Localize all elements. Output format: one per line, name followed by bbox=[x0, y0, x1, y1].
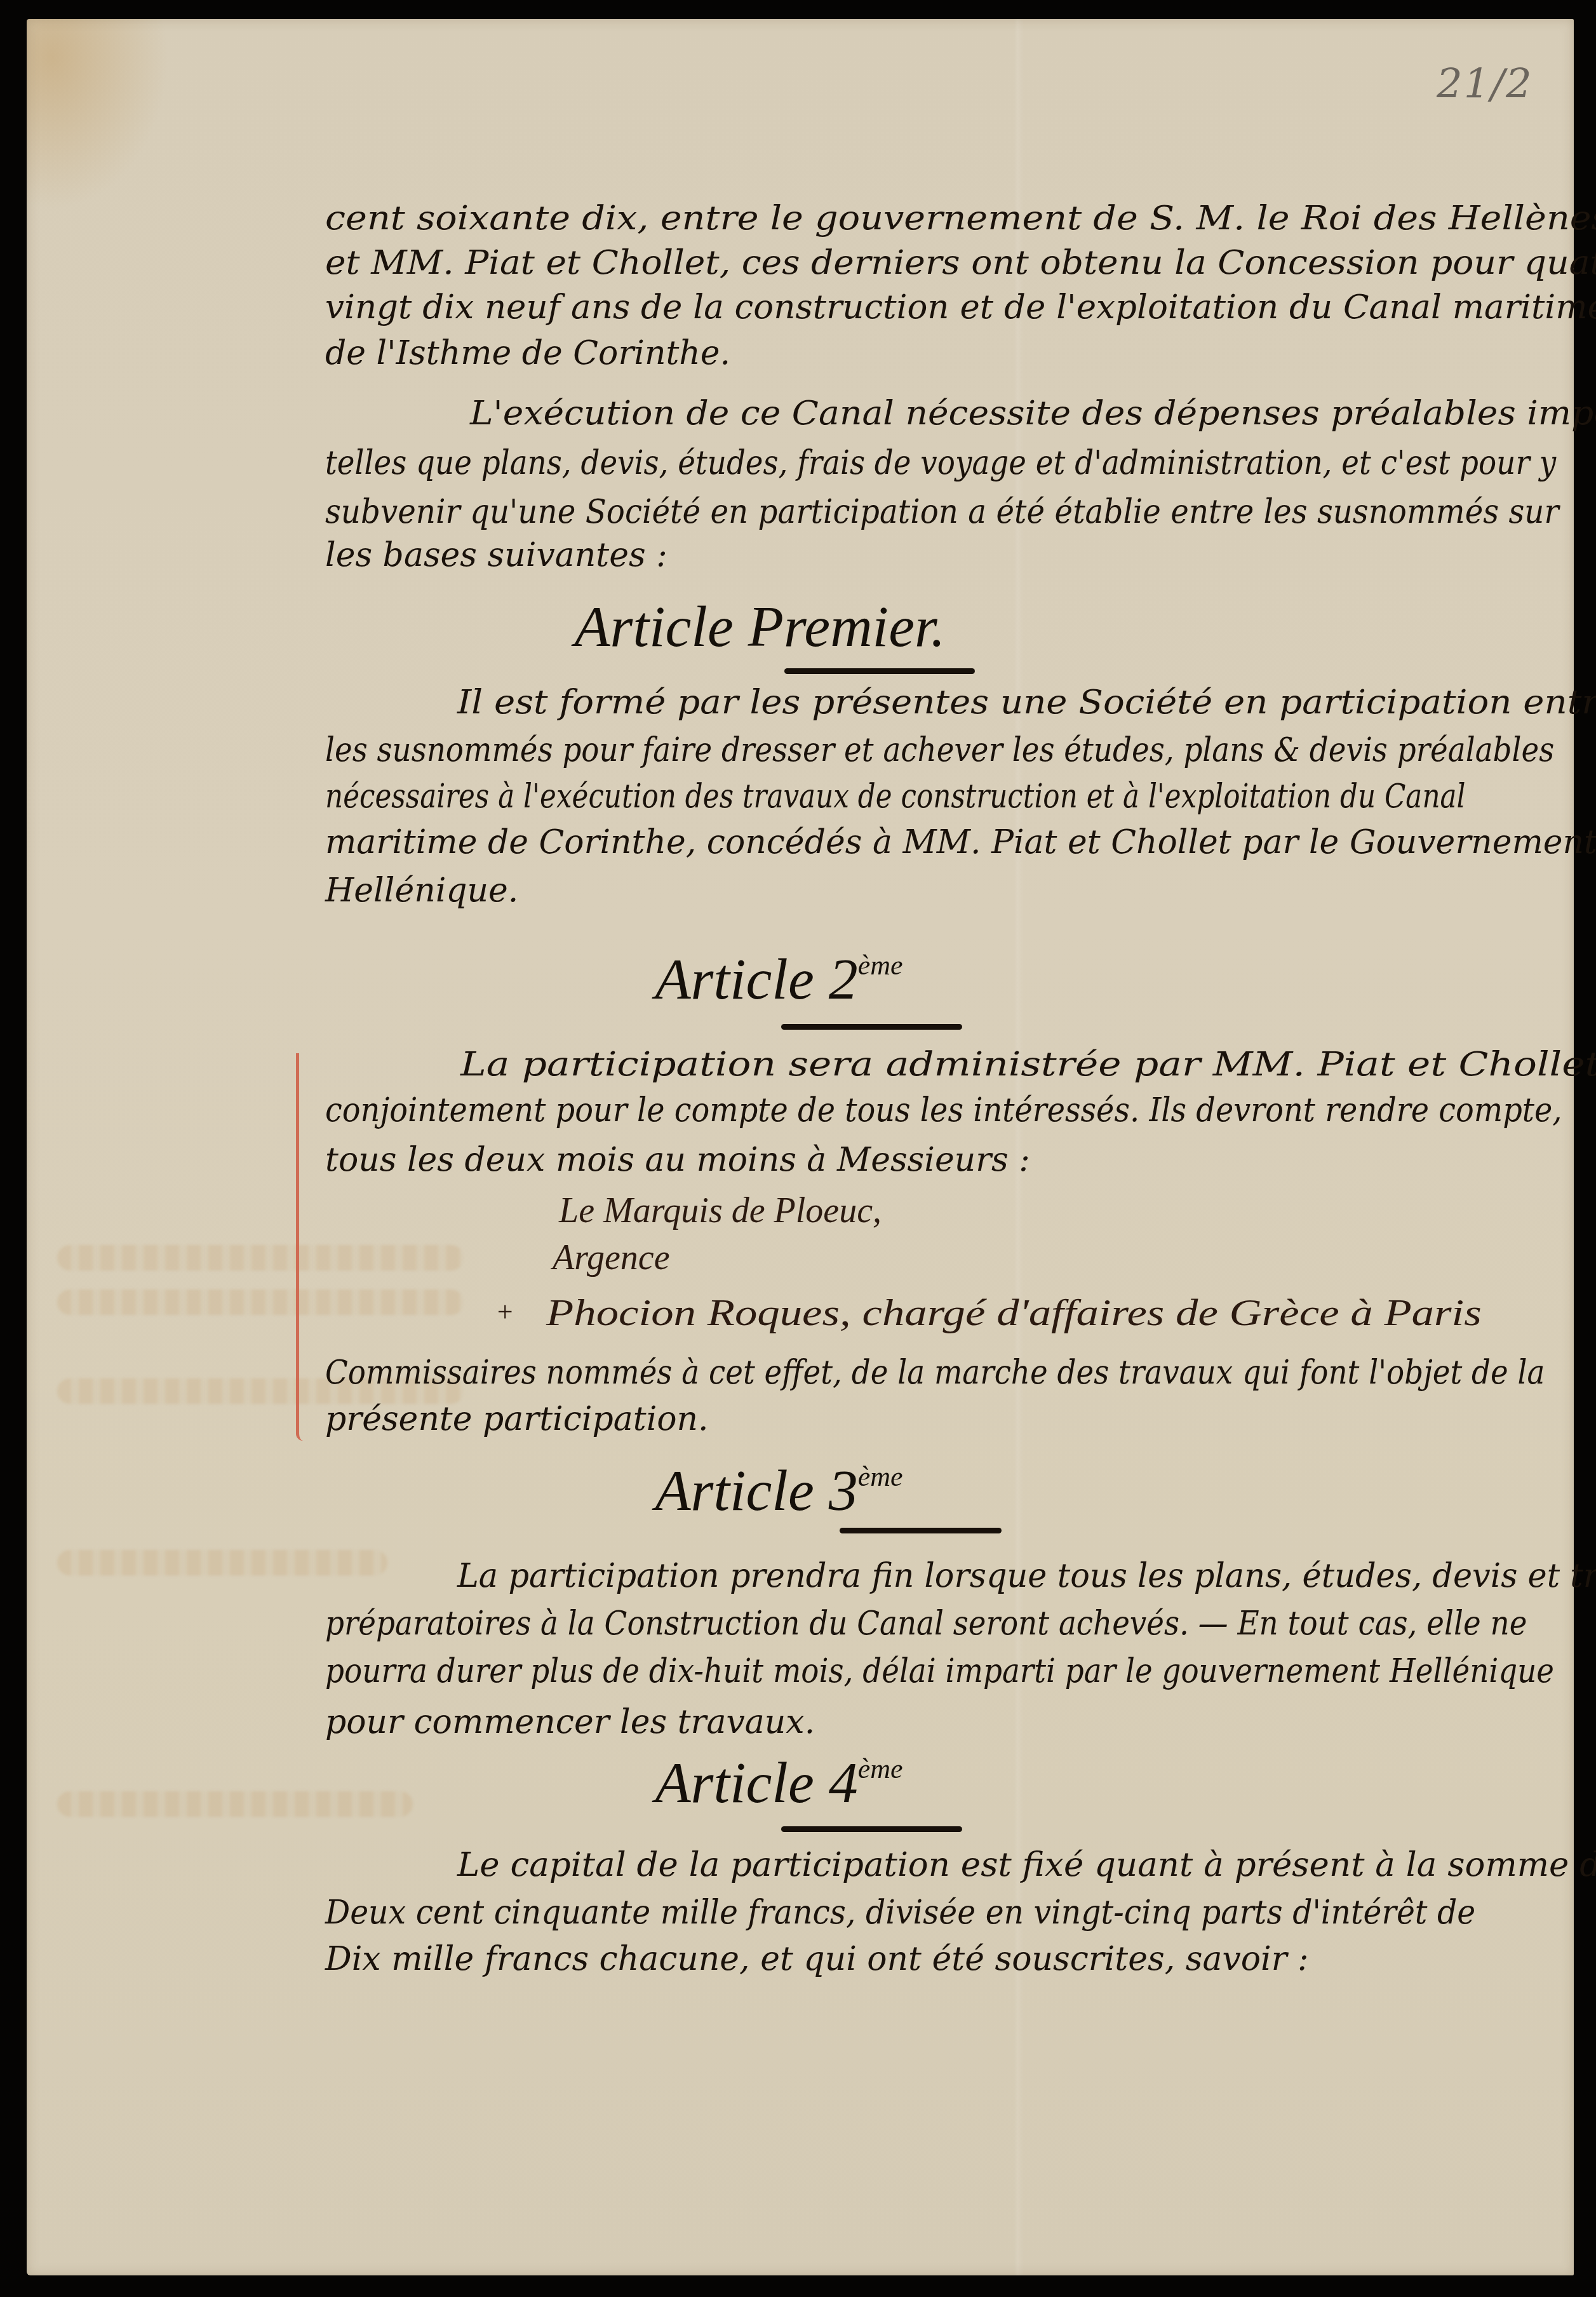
text-line: pourra durer plus de dix-huit mois, déla… bbox=[325, 1655, 1554, 1688]
added-name-line: Argence bbox=[553, 1240, 670, 1276]
text-line: les susnommés pour faire dresser et ache… bbox=[325, 734, 1554, 767]
text-line: L'exécution de ce Canal nécessite des dé… bbox=[470, 397, 1596, 430]
text-line: Commissaires nommés à cet effet, de la m… bbox=[325, 1356, 1545, 1389]
text-line: La participation sera administrée par MM… bbox=[460, 1048, 1596, 1081]
text-line: Dix mille francs chacune, et qui ont été… bbox=[325, 1943, 1309, 1976]
ordinal-suffix: ème bbox=[858, 1461, 903, 1492]
ordinal-suffix: ème bbox=[858, 950, 903, 981]
bleed-through-stain bbox=[57, 1550, 387, 1575]
article-2-heading: Article 2ème bbox=[0, 950, 1577, 1008]
red-margin-mark bbox=[296, 1053, 303, 1441]
article-1-heading: Article Premier. bbox=[0, 597, 1558, 656]
text-line: Hellénique. bbox=[325, 874, 518, 907]
bleed-through-stain bbox=[57, 1290, 464, 1315]
text-line: tous les deux mois au moins à Messieurs … bbox=[325, 1143, 1030, 1176]
text-line: Le capital de la participation est fixé … bbox=[457, 1849, 1596, 1882]
article-3-heading: Article 3ème bbox=[0, 1461, 1577, 1519]
added-name-line: Phocion Roques, chargé d'affaires de Grè… bbox=[546, 1293, 1482, 1331]
text-line: pour commencer les travaux. bbox=[325, 1706, 815, 1739]
bleed-through-stain bbox=[57, 1245, 464, 1270]
text-line: présente participation. bbox=[325, 1403, 709, 1436]
text-line: préparatoires à la Construction du Canal… bbox=[325, 1607, 1527, 1640]
text-line: Il est formé par les présentes une Socié… bbox=[457, 686, 1596, 719]
text-line: de l'Isthme de Corinthe. bbox=[325, 337, 730, 370]
added-name-line: Le Marquis de Ploeuc, bbox=[559, 1193, 882, 1229]
text-line: conjointement pour le compte de tous les… bbox=[325, 1094, 1562, 1127]
article-heading-text: Article 3 bbox=[655, 1458, 857, 1523]
text-line: maritime de Corinthe, concédés à MM. Pia… bbox=[325, 826, 1596, 859]
article-heading-text: Article 2 bbox=[655, 946, 857, 1011]
text-line: telles que plans, devis, études, frais d… bbox=[325, 447, 1556, 480]
article-heading-text: Article 4 bbox=[655, 1750, 857, 1815]
heading-underline bbox=[784, 668, 975, 674]
text-line: cent soixante dix, entre le gouvernement… bbox=[325, 202, 1596, 235]
text-line: vingt dix neuf ans de la construction et… bbox=[325, 291, 1596, 324]
heading-underline bbox=[840, 1528, 1002, 1533]
insertion-mark: + bbox=[495, 1296, 514, 1328]
heading-underline bbox=[781, 1024, 962, 1030]
text-line: subvenir qu'une Société en participation… bbox=[325, 495, 1559, 529]
text-line: et MM. Piat et Chollet, ces derniers ont… bbox=[325, 246, 1596, 280]
heading-underline bbox=[781, 1826, 962, 1832]
text-line: les bases suivantes : bbox=[325, 539, 667, 572]
text-line: Deux cent cinquante mille francs, divisé… bbox=[325, 1896, 1475, 1929]
ordinal-suffix: ème bbox=[858, 1753, 903, 1784]
article-heading-text: Article Premier. bbox=[574, 594, 945, 659]
text-line: La participation prendra fin lorsque tou… bbox=[457, 1559, 1596, 1593]
article-4-heading: Article 4ème bbox=[0, 1753, 1577, 1812]
folio-number: 21/2 bbox=[1437, 61, 1533, 108]
text-line: nécessaires à l'exécution des travaux de… bbox=[325, 780, 1466, 813]
